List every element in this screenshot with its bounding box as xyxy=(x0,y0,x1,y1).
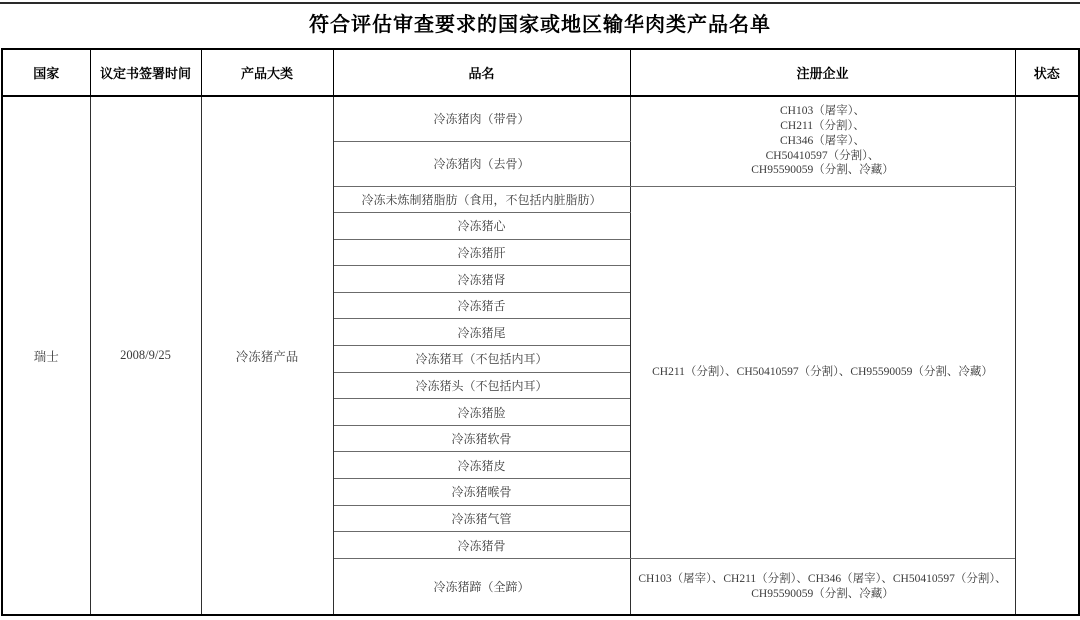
product-name-cell: 冷冻猪喉骨 xyxy=(333,479,630,506)
product-category-cell: 冷冻猪产品 xyxy=(201,96,333,615)
product-name-cell: 冷冻猪蹄（全蹄） xyxy=(333,558,630,615)
header-product-name: 品名 xyxy=(333,49,630,96)
product-name-cell: 冷冻猪耳（不包括内耳） xyxy=(333,346,630,373)
header-protocol-date: 议定书签署时间 xyxy=(90,49,201,96)
header-registered-enterprises: 注册企业 xyxy=(630,49,1015,96)
product-name-cell: 冷冻猪气管 xyxy=(333,505,630,532)
product-name-cell: 冷冻猪软骨 xyxy=(333,425,630,452)
product-name-cell: 冷冻猪舌 xyxy=(333,292,630,319)
header-product-category: 产品大类 xyxy=(201,49,333,96)
page-title: 符合评估审查要求的国家或地区输华肉类产品名单 xyxy=(0,4,1080,48)
meat-products-table: 国家 议定书签署时间 产品大类 品名 注册企业 状态 瑞士 2008/9/25 … xyxy=(1,48,1080,616)
header-status: 状态 xyxy=(1015,49,1079,96)
registered-enterprises-cell: CH211（分割）、CH50410597（分割）、CH95590059（分割、冷… xyxy=(630,186,1015,558)
status-cell xyxy=(1015,96,1079,615)
product-name-cell: 冷冻猪肾 xyxy=(333,266,630,293)
document-page: 符合评估审查要求的国家或地区输华肉类产品名单 国家 议定书签署时间 产品大类 品… xyxy=(0,0,1080,620)
registered-enterprises-cell: CH103（屠宰）、CH211（分割）、CH346（屠宰）、CH50410597… xyxy=(630,558,1015,615)
table-header-row: 国家 议定书签署时间 产品大类 品名 注册企业 状态 xyxy=(2,49,1079,96)
product-name-cell: 冷冻猪肉（带骨） xyxy=(333,96,630,141)
product-name-cell: 冷冻猪脸 xyxy=(333,399,630,426)
header-country: 国家 xyxy=(2,49,90,96)
product-name-cell: 冷冻猪皮 xyxy=(333,452,630,479)
registered-enterprises-cell: CH103（屠宰）、 CH211（分割）、 CH346（屠宰）、 CH50410… xyxy=(630,96,1015,186)
product-name-cell: 冷冻未炼制猪脂肪（食用，不包括内脏脂肪） xyxy=(333,186,630,213)
protocol-date-cell: 2008/9/25 xyxy=(90,96,201,615)
product-name-cell: 冷冻猪骨 xyxy=(333,532,630,559)
product-name-cell: 冷冻猪尾 xyxy=(333,319,630,346)
product-name-cell: 冷冻猪肉（去骨） xyxy=(333,141,630,186)
product-name-cell: 冷冻猪头（不包括内耳） xyxy=(333,372,630,399)
table-row: 瑞士 2008/9/25 冷冻猪产品 冷冻猪肉（带骨） CH103（屠宰）、 C… xyxy=(2,96,1079,141)
product-name-cell: 冷冻猪心 xyxy=(333,213,630,240)
country-cell: 瑞士 xyxy=(2,96,90,615)
product-name-cell: 冷冻猪肝 xyxy=(333,239,630,266)
